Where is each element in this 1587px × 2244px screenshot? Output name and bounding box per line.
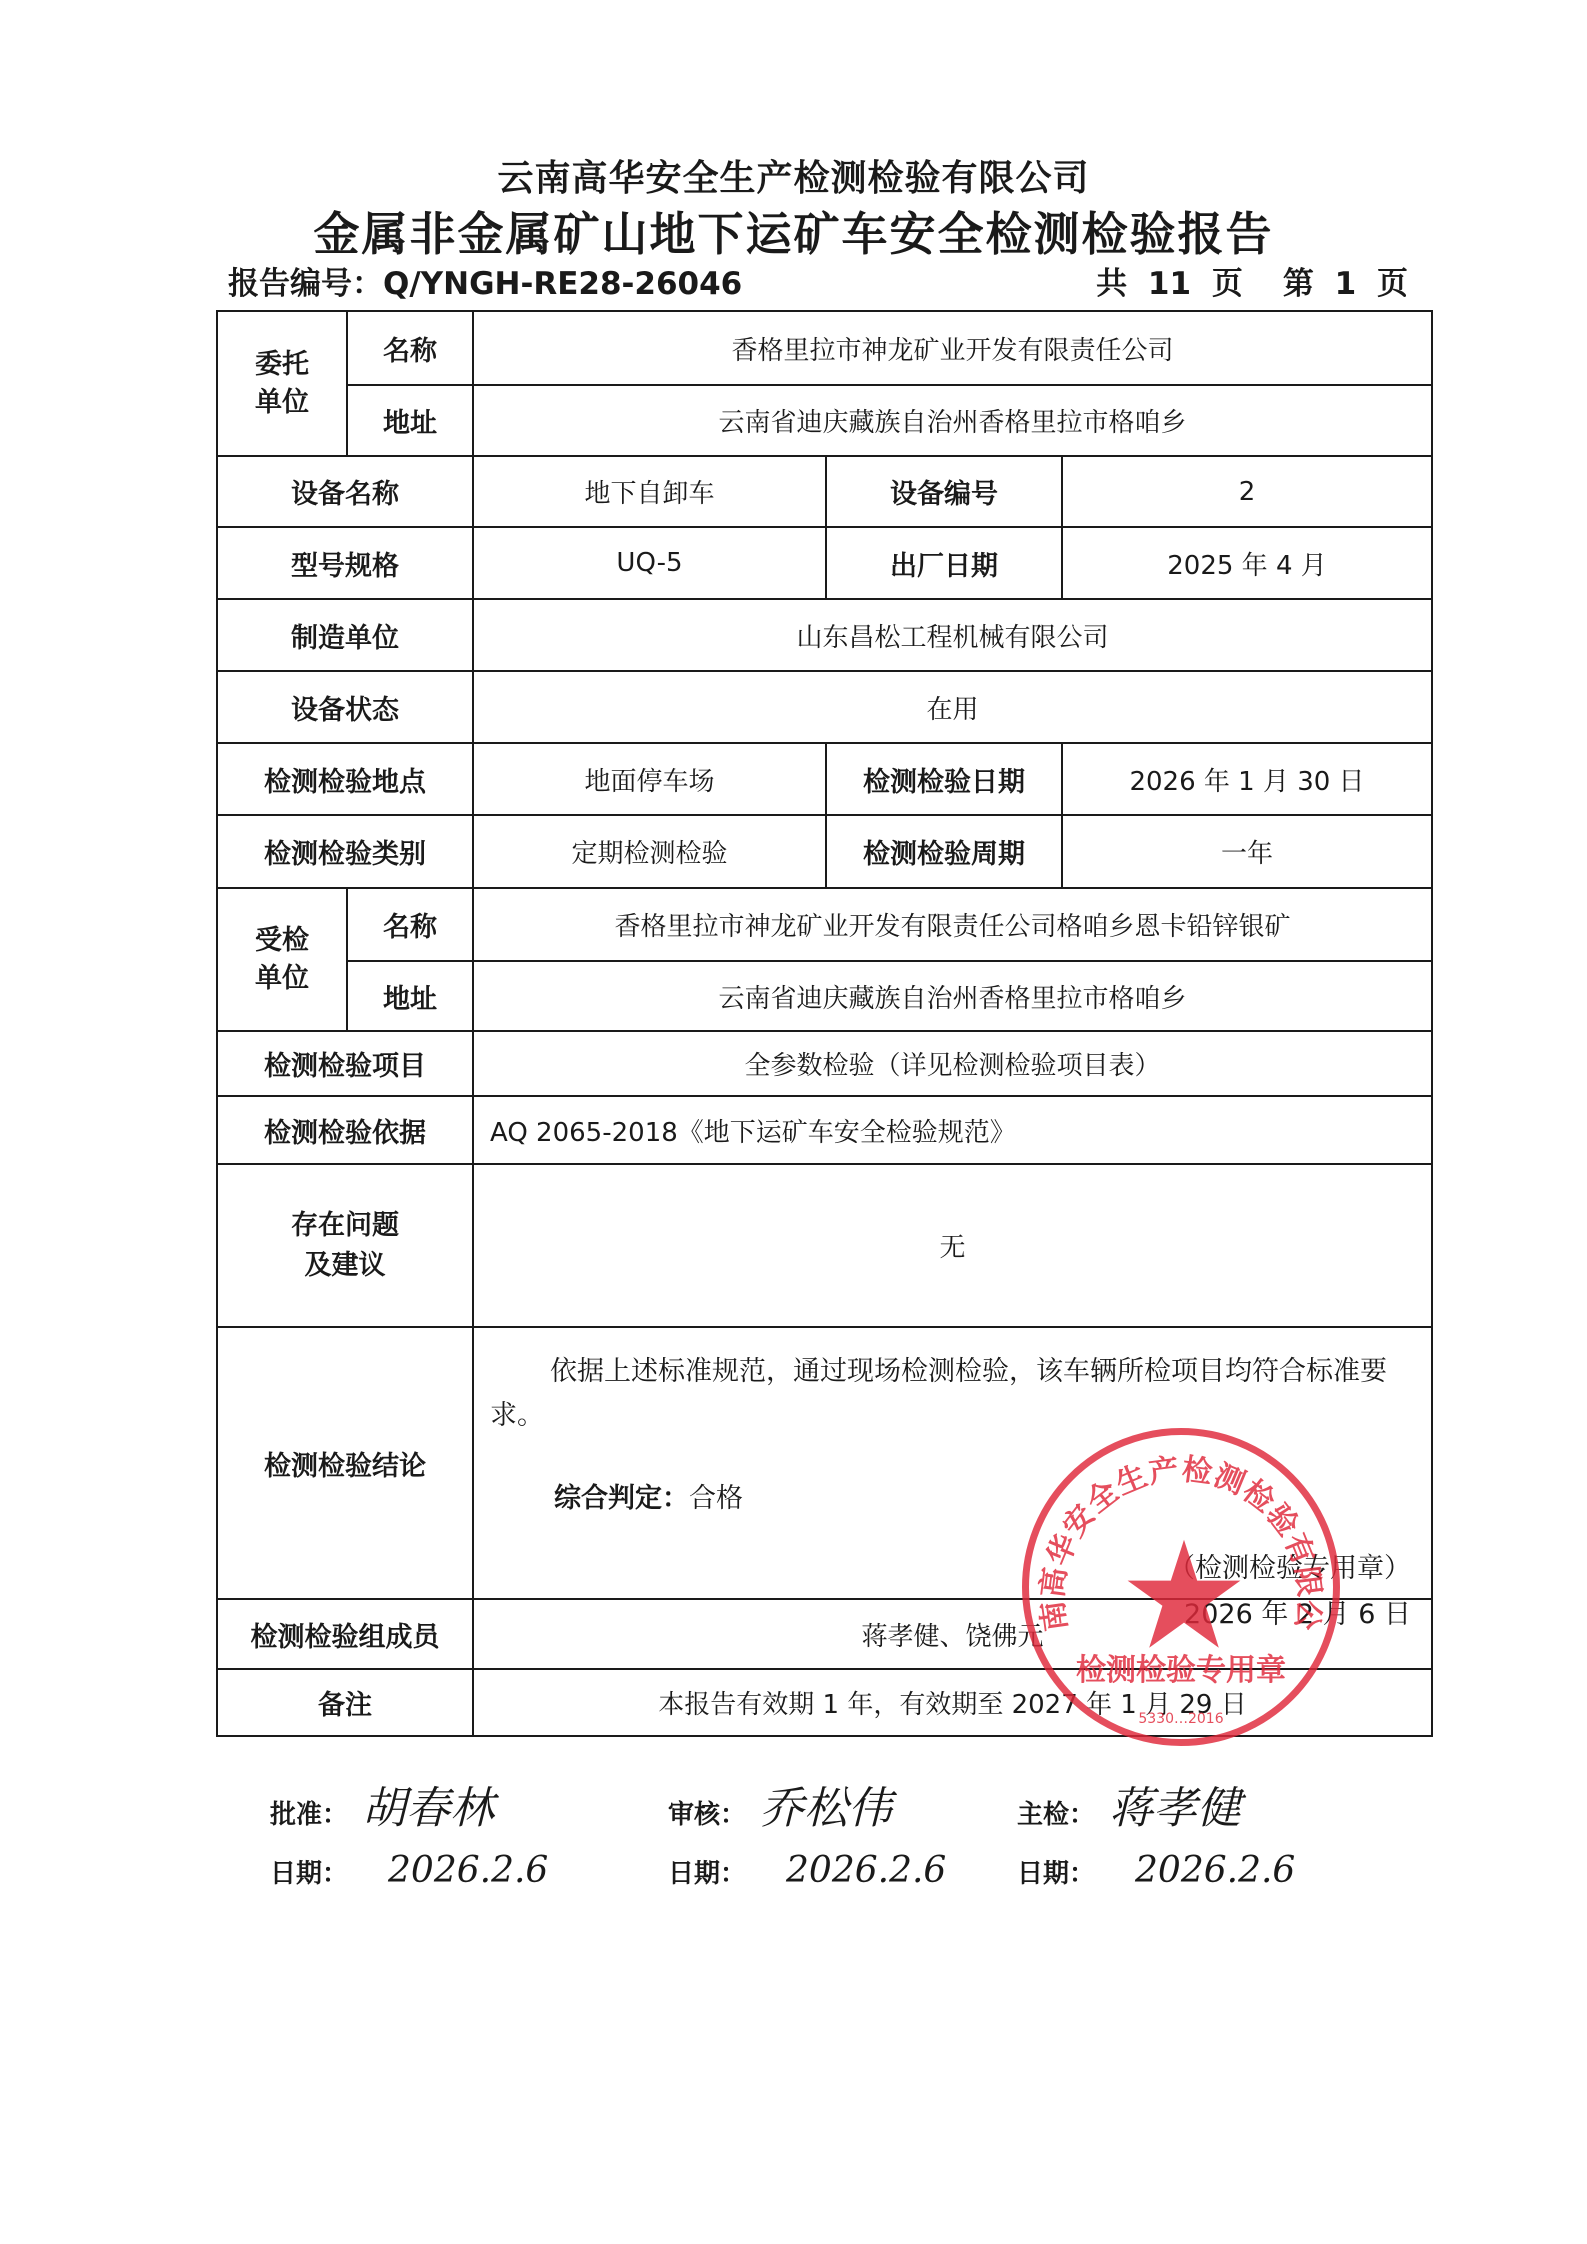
items-row: 检测检验项目 全参数检验（详见检测检验项目表） <box>217 1031 1432 1096</box>
equipment-name-row: 设备名称 地下自卸车 设备编号 2 <box>217 456 1432 527</box>
report-meta: 报告编号：Q/YNGH-RE28-26046 共 11 页第 1 页 <box>228 258 1408 302</box>
issues-label-line1: 存在问题 <box>218 1206 472 1246</box>
remarks-row: 备注 本报告有效期 1 年，有效期至 2027 年 1 月 29 日 <box>217 1669 1432 1736</box>
equipment-number: 2 <box>1062 456 1432 527</box>
type-value: 定期检测检验 <box>473 815 826 888</box>
basis-row: 检测检验依据 AQ 2065-2018《地下运矿车安全检验规范》 <box>217 1096 1432 1164</box>
team-label: 检测检验组成员 <box>217 1599 473 1669</box>
location-value: 地面停车场 <box>473 743 826 815</box>
mfg-date: 2025 年 4 月 <box>1062 527 1432 599</box>
current-page: 第 1 页 <box>1283 266 1408 302</box>
type-label: 检测检验类别 <box>217 815 473 888</box>
mfg-date-label: 出厂日期 <box>826 527 1062 599</box>
issues-row: 存在问题 及建议 无 <box>217 1164 1432 1327</box>
report-number-label: 报告编号： <box>228 266 383 302</box>
type-row: 检测检验类别 定期检测检验 检测检验周期 一年 <box>217 815 1432 888</box>
client-name: 香格里拉市神龙矿业开发有限责任公司 <box>473 311 1432 385</box>
inspection-date: 2026 年 1 月 30 日 <box>1062 743 1432 815</box>
review-signature-block: 审核：乔松伟 日期：2026.2.6 <box>668 1772 946 1891</box>
seal-date: 2026 年 2 月 6 日 <box>1184 1592 1411 1631</box>
conclusion-row: 检测检验结论 依据上述标准规范，通过现场检测检验，该车辆所检项目均符合标准要求。… <box>217 1327 1432 1599</box>
conclusion-label: 检测检验结论 <box>217 1327 473 1599</box>
company-name: 云南高华安全生产检测检验有限公司 <box>0 150 1587 201</box>
client-name-row: 委托单位 名称 香格里拉市神龙矿业开发有限责任公司 <box>217 311 1432 385</box>
model-value: UQ-5 <box>473 527 826 599</box>
review-date-label: 日期： <box>668 1853 746 1890</box>
approve-date-label: 日期： <box>270 1853 348 1890</box>
client-name-label: 名称 <box>347 311 473 385</box>
client-group-label: 委托单位 <box>217 311 347 456</box>
client-address-row: 地址 云南省迪庆藏族自治州香格里拉市格咱乡 <box>217 385 1432 456</box>
lead-signature: 蒋孝健 <box>1109 1772 1241 1836</box>
cycle-label: 检测检验周期 <box>826 815 1062 888</box>
basis-value: AQ 2065-2018《地下运矿车安全检验规范》 <box>473 1096 1432 1164</box>
conclusion-paragraph: 依据上述标准规范，通过现场检测检验，该车辆所检项目均符合标准要求。 <box>490 1350 1417 1438</box>
inspection-date-label: 检测检验日期 <box>826 743 1062 815</box>
status-label: 设备状态 <box>217 671 473 743</box>
inspected-name-row: 受检单位 名称 香格里拉市神龙矿业开发有限责任公司格咱乡恩卡铅锌银矿 <box>217 888 1432 961</box>
inspected-group-label: 受检单位 <box>217 888 347 1031</box>
inspected-address: 云南省迪庆藏族自治州香格里拉市格咱乡 <box>473 961 1432 1031</box>
report-title: 金属非金属矿山地下运矿车安全检测检验报告 <box>0 198 1587 264</box>
remarks-label: 备注 <box>217 1669 473 1736</box>
conclusion-cell: 依据上述标准规范，通过现场检测检验，该车辆所检项目均符合标准要求。 综合判定：合… <box>473 1327 1432 1599</box>
seal-note: （检测检验专用章） <box>1168 1546 1411 1585</box>
verdict-value: 合格 <box>689 1483 743 1514</box>
equipment-name: 地下自卸车 <box>473 456 826 527</box>
lead-signature-block: 主检：蒋孝健 日期：2026.2.6 <box>1017 1772 1295 1891</box>
inspected-address-label: 地址 <box>347 961 473 1031</box>
client-address-label: 地址 <box>347 385 473 456</box>
verdict: 综合判定：合格 <box>554 1476 743 1515</box>
lead-date-label: 日期： <box>1017 1853 1095 1890</box>
signature-area: 批准：胡春林 日期：2026.2.6 审核：乔松伟 日期：2026.2.6 主检… <box>0 1760 1587 1920</box>
review-date: 2026.2.6 <box>786 1850 946 1891</box>
model-row: 型号规格 UQ-5 出厂日期 2025 年 4 月 <box>217 527 1432 599</box>
report-number-value: Q/YNGH-RE28-26046 <box>383 266 742 302</box>
approve-label: 批准： <box>270 1794 348 1831</box>
report-number: 报告编号：Q/YNGH-RE28-26046 <box>228 258 742 303</box>
items-value: 全参数检验（详见检测检验项目表） <box>473 1031 1432 1096</box>
lead-label: 主检： <box>1017 1794 1095 1831</box>
client-address: 云南省迪庆藏族自治州香格里拉市格咱乡 <box>473 385 1432 456</box>
inspected-name-label: 名称 <box>347 888 473 961</box>
manufacturer-row: 制造单位 山东昌松工程机械有限公司 <box>217 599 1432 671</box>
manufacturer: 山东昌松工程机械有限公司 <box>473 599 1432 671</box>
status-row: 设备状态 在用 <box>217 671 1432 743</box>
lead-date: 2026.2.6 <box>1135 1850 1295 1891</box>
remarks-value: 本报告有效期 1 年，有效期至 2027 年 1 月 29 日 <box>473 1669 1432 1736</box>
items-label: 检测检验项目 <box>217 1031 473 1096</box>
issues-value: 无 <box>473 1164 1432 1327</box>
total-pages: 共 11 页 <box>1096 266 1243 302</box>
approve-signature-block: 批准：胡春林 日期：2026.2.6 <box>270 1772 548 1891</box>
location-label: 检测检验地点 <box>217 743 473 815</box>
equipment-name-label: 设备名称 <box>217 456 473 527</box>
location-row: 检测检验地点 地面停车场 检测检验日期 2026 年 1 月 30 日 <box>217 743 1432 815</box>
approve-signature: 胡春林 <box>362 1772 494 1836</box>
review-label: 审核： <box>668 1794 746 1831</box>
verdict-label: 综合判定： <box>554 1483 689 1514</box>
review-signature: 乔松伟 <box>760 1772 892 1836</box>
manufacturer-label: 制造单位 <box>217 599 473 671</box>
inspected-address-row: 地址 云南省迪庆藏族自治州香格里拉市格咱乡 <box>217 961 1432 1031</box>
inspected-name: 香格里拉市神龙矿业开发有限责任公司格咱乡恩卡铅锌银矿 <box>473 888 1432 961</box>
issues-label-line2: 及建议 <box>218 1246 472 1286</box>
equipment-number-label: 设备编号 <box>826 456 1062 527</box>
model-label: 型号规格 <box>217 527 473 599</box>
report-table: 委托单位 名称 香格里拉市神龙矿业开发有限责任公司 地址 云南省迪庆藏族自治州香… <box>216 310 1433 1737</box>
issues-label: 存在问题 及建议 <box>217 1164 473 1327</box>
cycle-value: 一年 <box>1062 815 1432 888</box>
page-count: 共 11 页第 1 页 <box>1056 258 1408 303</box>
approve-date: 2026.2.6 <box>388 1850 548 1891</box>
status-value: 在用 <box>473 671 1432 743</box>
basis-label: 检测检验依据 <box>217 1096 473 1164</box>
